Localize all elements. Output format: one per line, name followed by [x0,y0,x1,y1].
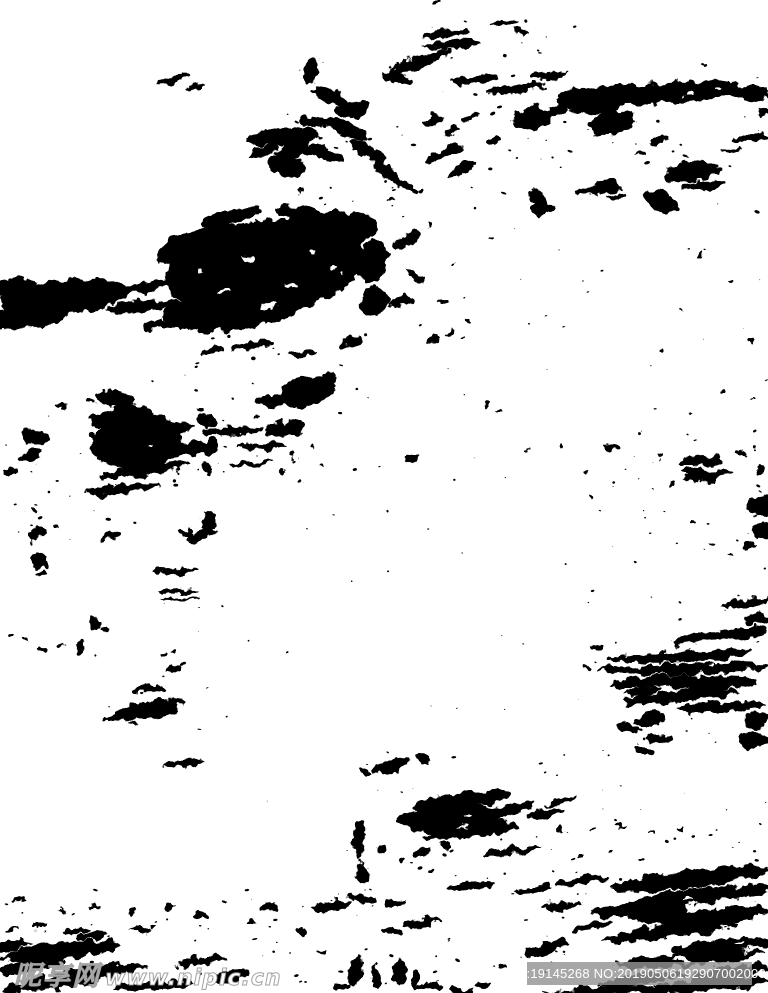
ink-texture-svg [0,0,768,993]
stock-texture-image: 昵享网 www.nipic.cn ID:19145268 NO:20190506… [0,0,768,993]
image-id-badge: ID:19145268 NO:20190506192907002000 [527,962,752,985]
ink-strokes-layer [0,1,768,993]
image-id-text: ID:19145268 NO:20190506192907002000 [513,966,766,981]
